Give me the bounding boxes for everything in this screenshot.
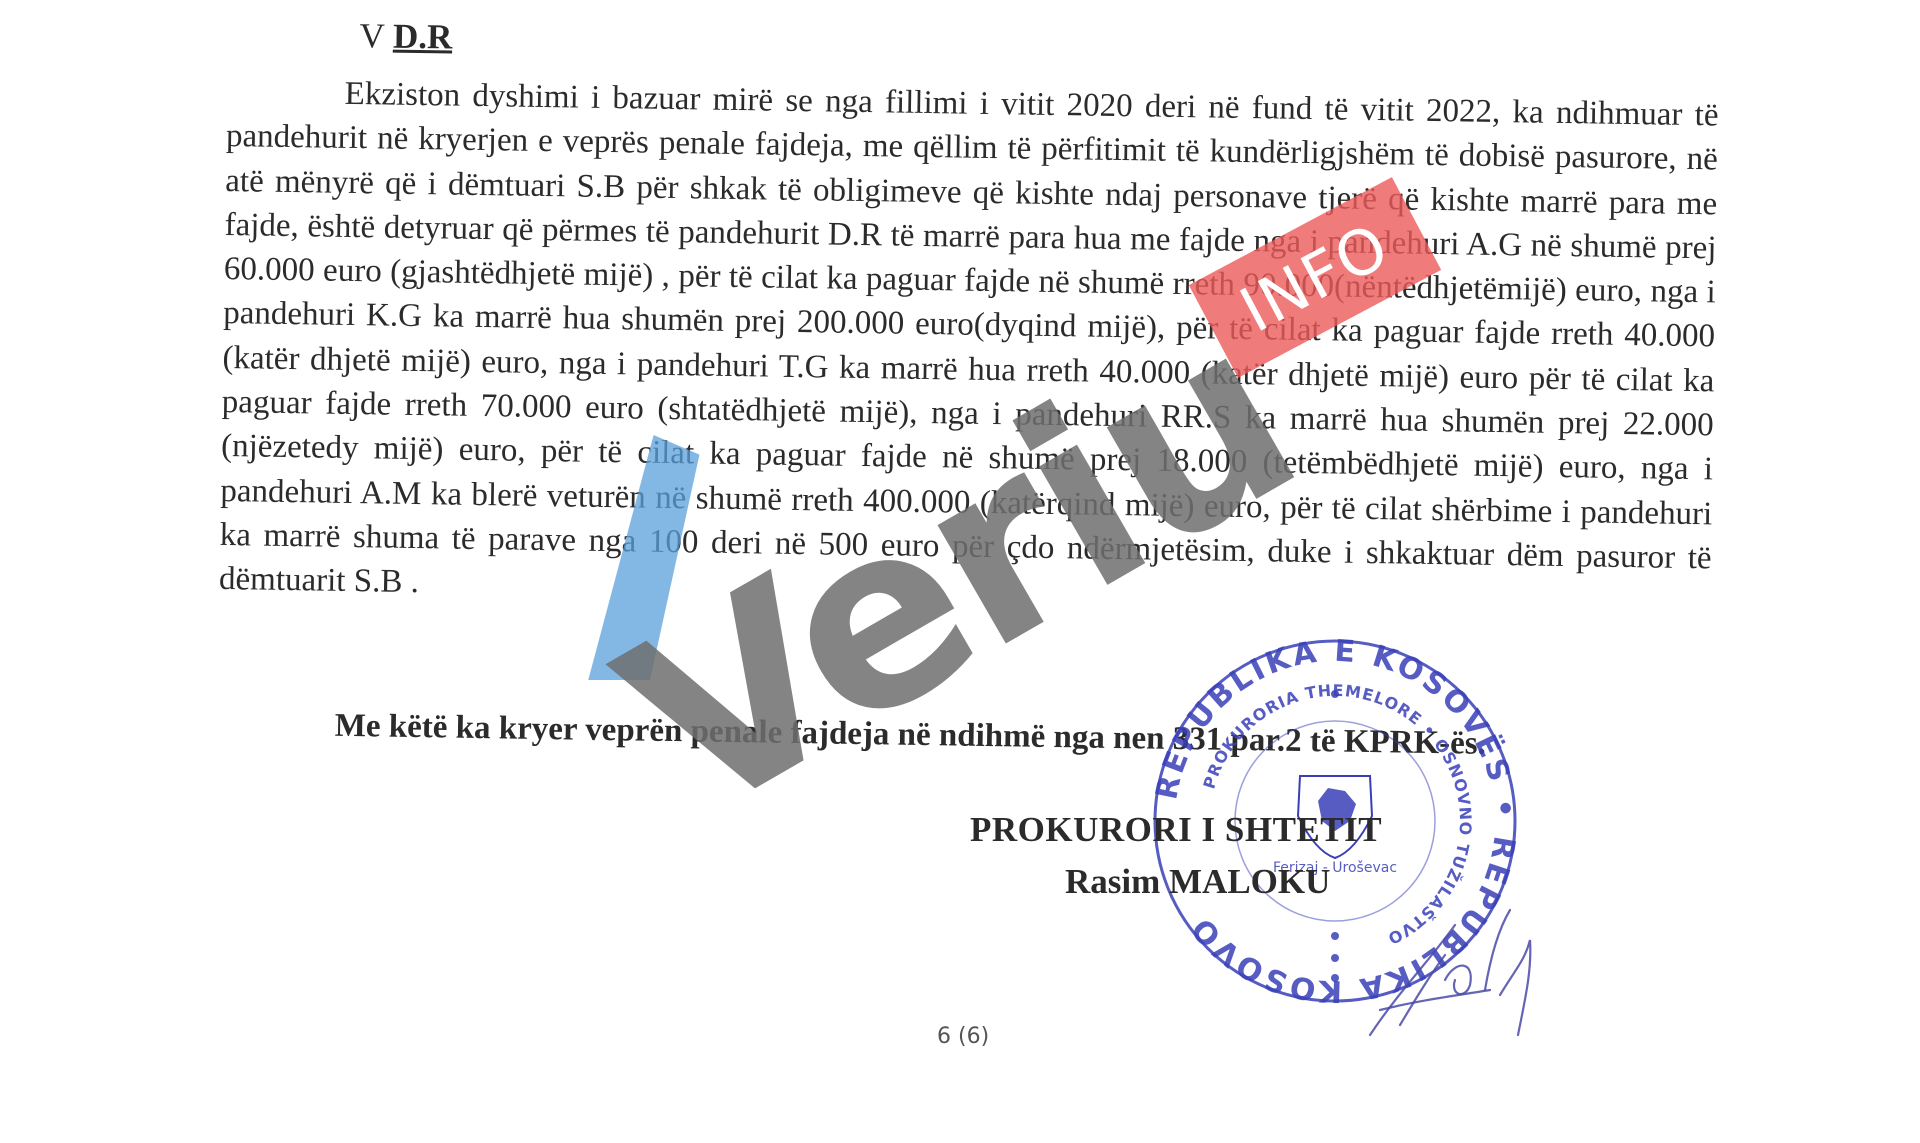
closing-statement: Me këtë ka kryer veprën penale fajdeja n… (216, 702, 1709, 769)
heading-prefix: V (359, 16, 384, 55)
signatory-name: Rasim MALOKU (1065, 862, 1330, 902)
page-number: 6 (6) (937, 1024, 989, 1049)
handwritten-signature (1360, 900, 1550, 1040)
heading-name: D.R (393, 17, 453, 57)
document-body: V D.R Ekziston dyshimi i bazuar mirë se … (228, 10, 1720, 33)
section-heading: V D.R (359, 16, 452, 57)
document-page: V D.R Ekziston dyshimi i bazuar mirë se … (0, 0, 1920, 1143)
allegation-paragraph: Ekziston dyshimi i bazuar mirë se nga fi… (219, 70, 1719, 625)
signature-title: PROKURORI I SHTETIT (970, 810, 1382, 850)
